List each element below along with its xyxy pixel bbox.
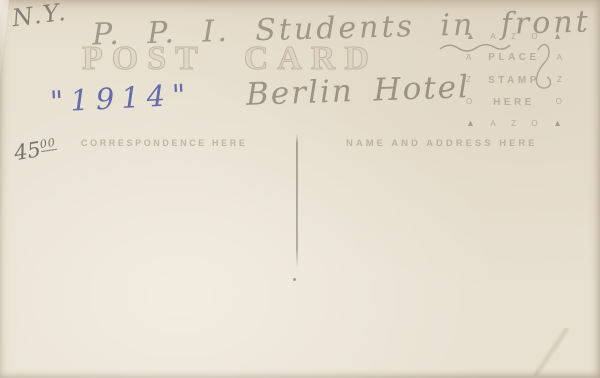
paper-speck <box>293 278 296 281</box>
stamp-box-row-stamp: Z STAMP Z <box>466 75 562 86</box>
stamp-box-row-here: O HERE O <box>466 97 562 108</box>
triangle-ornament-icon: ▲ <box>466 119 475 128</box>
azo-letter: O <box>531 120 537 128</box>
place-label: PLACE <box>488 52 539 63</box>
paper-crease <box>524 323 578 378</box>
azo-letter: O <box>531 33 537 41</box>
azo-letter: Z <box>466 76 471 84</box>
azo-letter: O <box>466 98 472 106</box>
azo-letter: A <box>466 54 471 62</box>
stamp-label: STAMP <box>488 75 540 86</box>
price-dollars: 45 <box>12 137 42 165</box>
azo-letter: O <box>556 98 562 106</box>
triangle-ornament-icon: ▲ <box>466 32 475 41</box>
price-cents: 00 <box>39 136 57 152</box>
azo-letter: Z <box>511 33 516 41</box>
azo-letter: A <box>557 54 562 62</box>
name-address-here-label: NAME AND ADDRESS HERE <box>346 138 538 149</box>
stamp-box-border-top: ▲ A Z O ▲ <box>466 32 562 41</box>
postcard-back-scan: POST CARD N.Y. P. P. I. Students in fron… <box>0 0 600 378</box>
triangle-ornament-icon: ▲ <box>553 32 562 41</box>
azo-letter: A <box>490 120 495 128</box>
azo-letter: A <box>490 33 495 41</box>
handwritten-price-note: 4500 <box>12 135 58 165</box>
handwritten-year-note: "1914" <box>49 77 193 118</box>
here-label: HERE <box>493 97 535 108</box>
azo-stamp-box: ▲ A Z O ▲ A PLACE A Z STAMP Z O HERE O ▲… <box>466 32 562 128</box>
azo-letter: Z <box>511 120 516 128</box>
handwritten-caption-line2: Berlin Hotel <box>245 69 470 113</box>
handwritten-location-note: N.Y. <box>11 0 69 32</box>
card-edge-highlight <box>0 0 9 78</box>
triangle-ornament-icon: ▲ <box>553 119 562 128</box>
address-divider-line <box>296 134 298 268</box>
stamp-box-row-place: A PLACE A <box>466 52 562 63</box>
correspondence-here-label: CORRESPONDENCE HERE <box>81 138 247 148</box>
azo-letter: Z <box>557 76 562 84</box>
stamp-box-border-bottom: ▲ A Z O ▲ <box>466 119 562 128</box>
